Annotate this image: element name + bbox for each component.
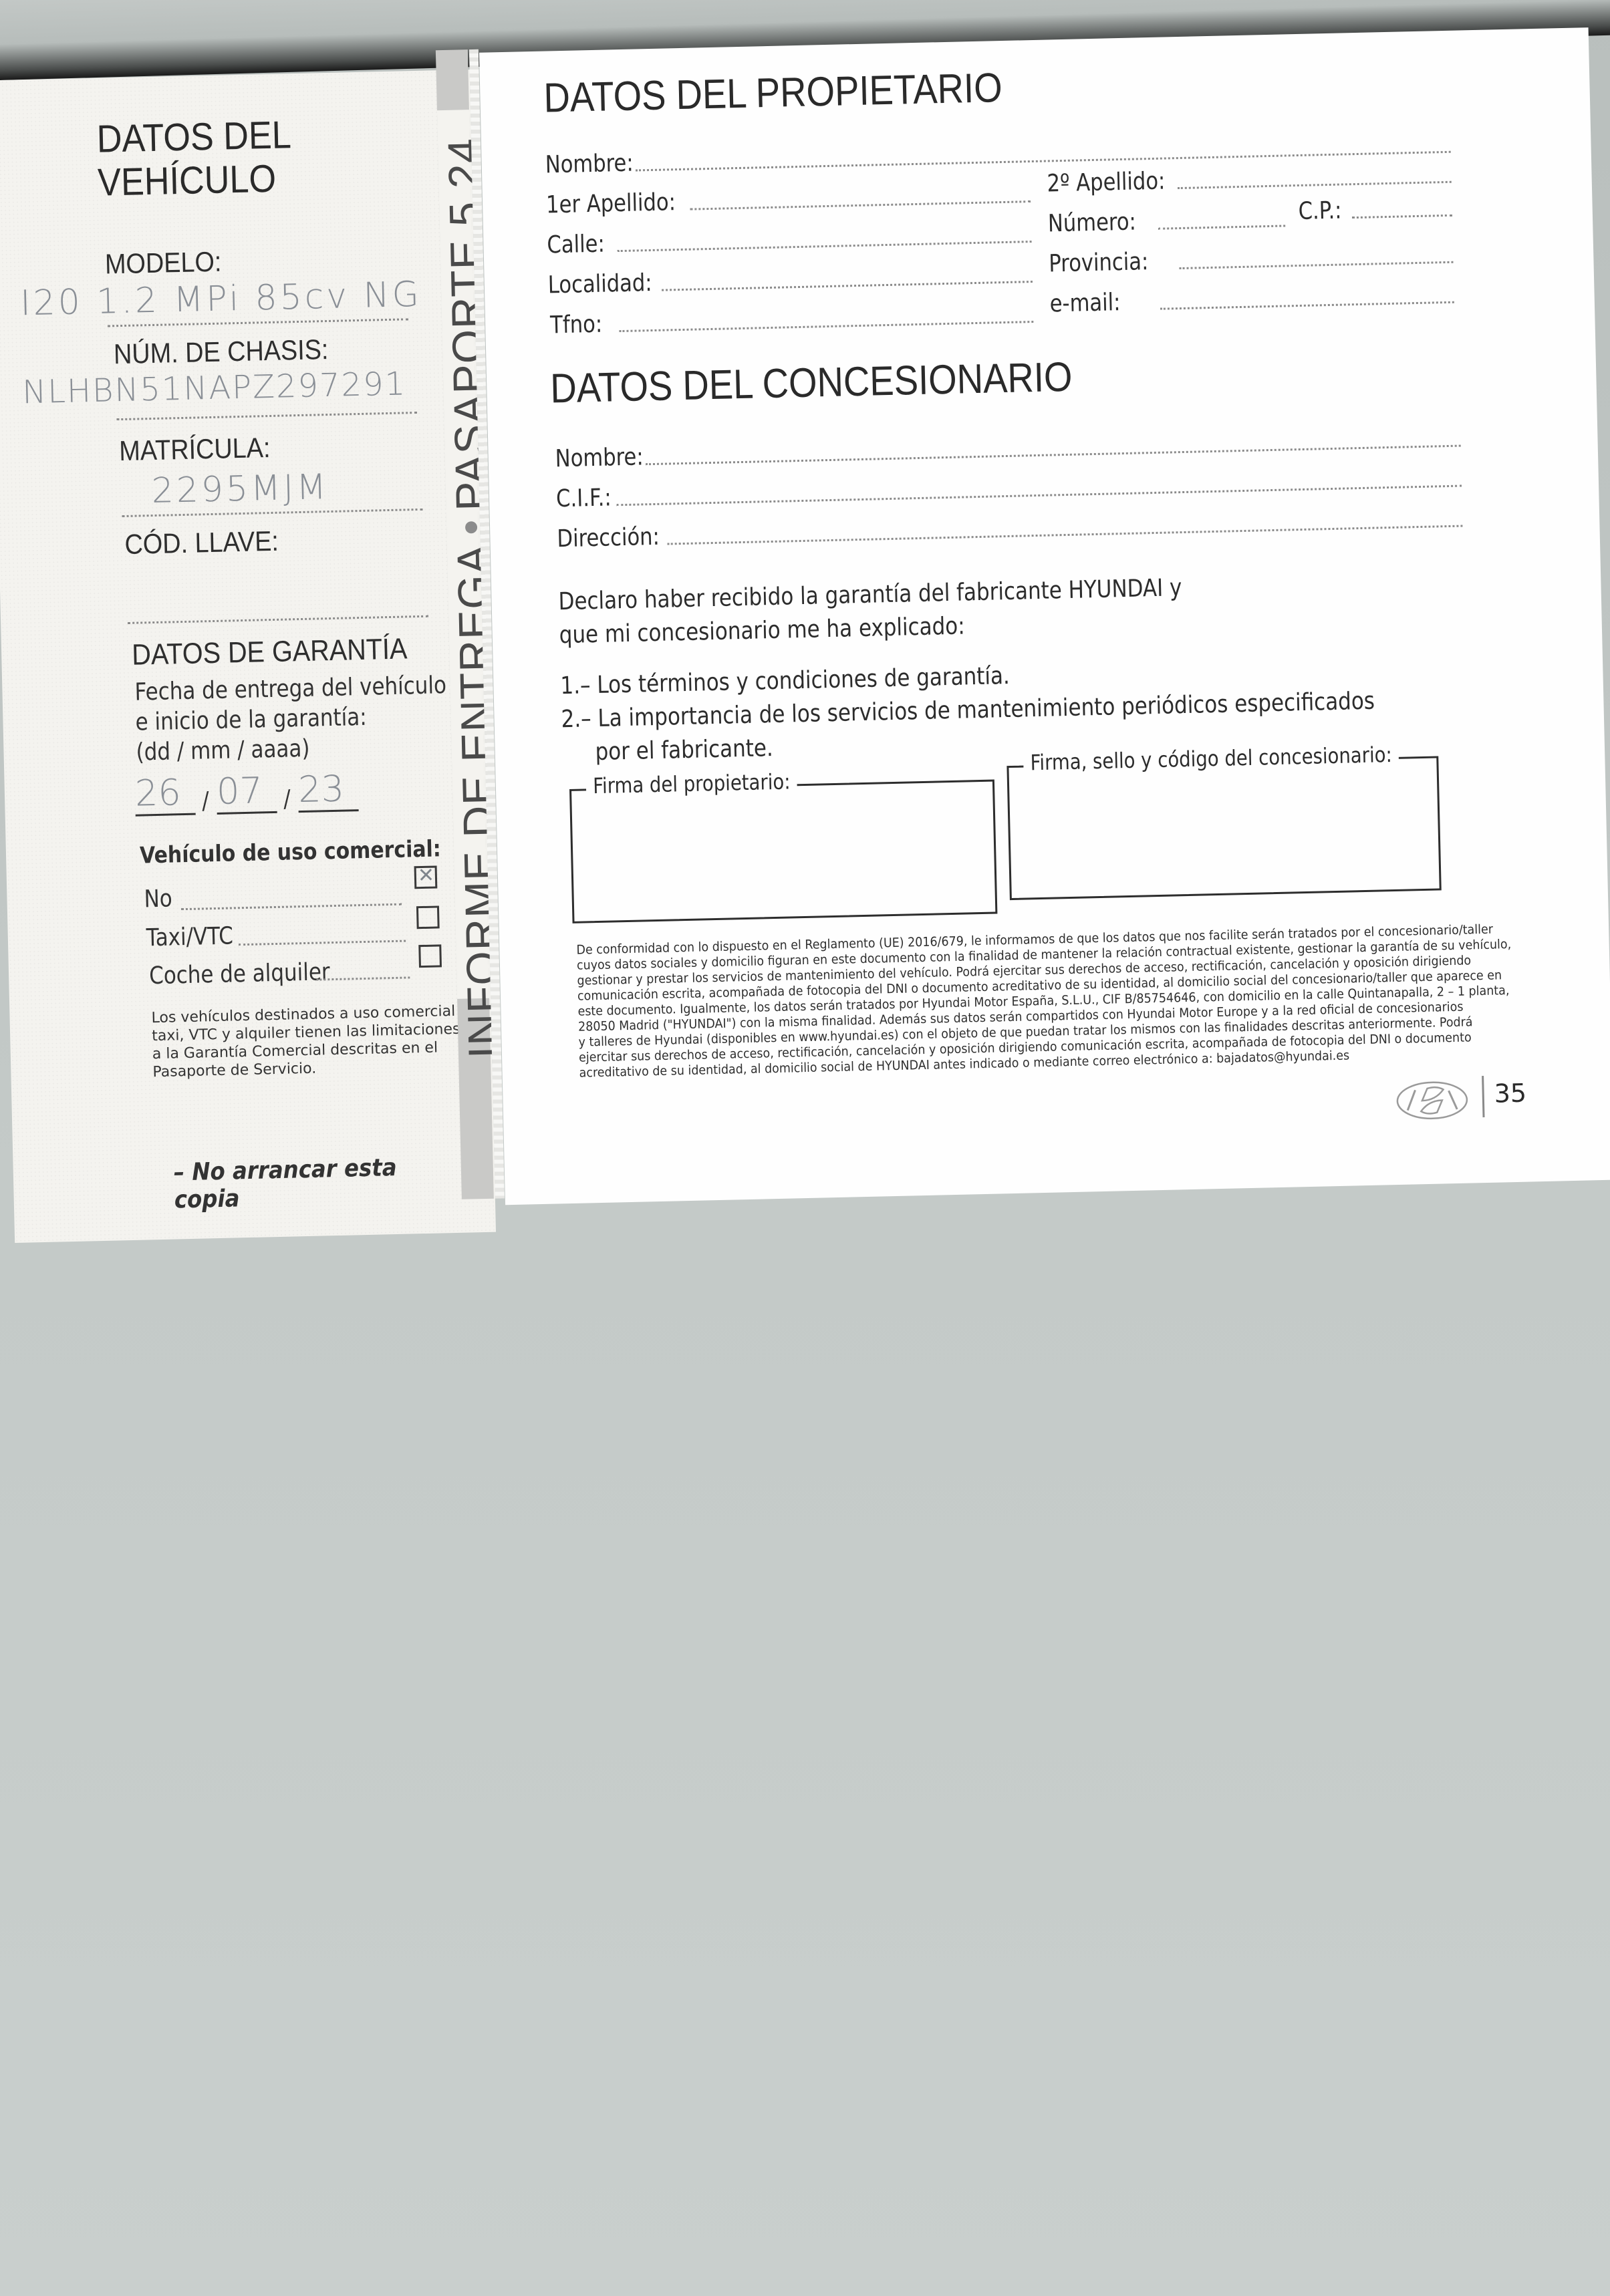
prop-apellido1-field[interactable] — [690, 200, 1031, 210]
uso-option-alquiler-label: Coche de alquiler — [149, 958, 330, 990]
prop-cp-field[interactable] — [1352, 214, 1452, 219]
prop-provincia-field[interactable] — [1180, 261, 1454, 269]
uso-comercial-title: Vehículo de uso comercial: — [140, 835, 442, 869]
firma-concesionario-box[interactable]: Firma, sello y código del concesionario: — [1007, 756, 1441, 900]
legal-notice: De conformidad con lo dispuesto en el Re… — [576, 919, 1595, 1081]
firma-propietario-box[interactable]: Firma del propietario: — [569, 780, 997, 923]
prop-calle-field[interactable] — [618, 241, 1032, 252]
stub-title-line1: DATOS DEL — [96, 114, 291, 162]
prop-provincia-label: Provincia: — [1049, 248, 1149, 277]
delivery-date: 26 / 07 / 23 — [134, 767, 359, 817]
conc-nombre-field[interactable] — [646, 445, 1461, 466]
prop-apellido1-label: 1er Apellido: — [546, 188, 676, 219]
uso-option-taxi-label: Taxi/VTC — [146, 922, 233, 952]
modelo-field[interactable]: I20 1.2 MPi 85cv NG — [20, 275, 422, 324]
uso-option-taxi-dots — [239, 940, 406, 946]
concesionario-title: DATOS DEL CONCESIONARIO — [550, 353, 1073, 413]
date-month[interactable]: 07 — [216, 769, 277, 815]
matricula-field[interactable]: 2295MJM — [151, 467, 329, 511]
date-sep-2: / — [283, 785, 291, 813]
date-sep-1: / — [202, 787, 209, 815]
chasis-underline — [116, 412, 417, 420]
conc-direccion-label: Dirección: — [557, 523, 660, 553]
prop-apellido2-field[interactable] — [1178, 181, 1452, 189]
bullet-dot-icon — [464, 521, 477, 533]
garantia-desc-1: Fecha de entrega del vehículo — [134, 672, 446, 706]
uso-option-alquiler-checkbox[interactable] — [418, 944, 442, 968]
garantia-format: (dd / mm / aaaa) — [136, 735, 310, 766]
uso-note: Los vehículos destinados a uso comercial… — [151, 1002, 480, 1081]
propietario-title: DATOS DEL PROPIETARIO — [543, 64, 1003, 122]
garantia-title: DATOS DE GARANTÍA — [132, 632, 408, 672]
prop-nombre-field[interactable] — [636, 151, 1451, 172]
llave-underline — [128, 615, 428, 624]
prop-calle-label: Calle: — [547, 231, 605, 259]
uso-option-alquiler-dots — [316, 976, 410, 980]
matricula-label: MATRÍCULA: — [119, 432, 271, 467]
date-year[interactable]: 23 — [297, 767, 358, 813]
firma-propietario-label: Firma del propietario: — [585, 768, 797, 799]
llave-label: CÓD. LLAVE: — [124, 525, 279, 561]
uso-option-no-label: No — [144, 885, 172, 913]
stub-title: DATOS DEL VEHÍCULO — [96, 114, 293, 204]
chasis-label: NÚM. DE CHASIS: — [114, 333, 329, 370]
hyundai-logo-icon — [1395, 1080, 1469, 1121]
uso-option-no-dots — [181, 903, 402, 910]
declaracion-text: Declaro haber recibido la garantía del f… — [558, 567, 1375, 770]
conc-cif-field[interactable] — [616, 485, 1462, 507]
modelo-label: MODELO: — [104, 246, 221, 281]
prop-tfno-field[interactable] — [619, 321, 1033, 332]
prop-nombre-label: Nombre: — [545, 150, 634, 179]
conc-cif-label: C.I.F.: — [556, 484, 612, 513]
uso-option-taxi-checkbox[interactable] — [416, 905, 440, 929]
garantia-desc-2: e inicio de la garantía: — [135, 704, 367, 736]
conc-direccion-field[interactable] — [668, 525, 1463, 545]
uso-option-no-checkbox[interactable] — [414, 866, 438, 889]
stub-title-line2: VEHÍCULO — [98, 157, 293, 205]
page-number-separator — [1482, 1076, 1484, 1117]
delivery-report-page: DATOS DEL PROPIETARIO Nombre: 1er Apelli… — [479, 27, 1610, 1205]
prop-cp-label: C.P.: — [1298, 197, 1342, 225]
page-number: 35 — [1494, 1079, 1526, 1109]
no-arrancar-note: – No arrancar esta copia — [173, 1153, 463, 1214]
prop-apellido2-label: 2º Apellido: — [1047, 168, 1166, 198]
prop-numero-label: Número: — [1048, 208, 1137, 238]
vehicle-data-stub: DATOS DEL VEHÍCULO MODELO: I20 1.2 MPi 8… — [0, 69, 496, 1243]
prop-numero-field[interactable] — [1158, 225, 1285, 229]
chasis-field[interactable]: NLHBN51NAPZ297291 — [22, 365, 407, 411]
prop-tfno-label: Tfno: — [550, 311, 603, 339]
conc-nombre-label: Nombre: — [555, 443, 644, 472]
prop-localidad-label: Localidad: — [547, 269, 652, 299]
prop-email-field[interactable] — [1160, 301, 1454, 310]
booklet-page: DATOS DEL VEHÍCULO MODELO: I20 1.2 MPi 8… — [0, 0, 1610, 1270]
prop-localidad-field[interactable] — [662, 281, 1033, 291]
date-day[interactable]: 26 — [134, 771, 195, 817]
prop-email-label: e-mail: — [1049, 289, 1121, 317]
